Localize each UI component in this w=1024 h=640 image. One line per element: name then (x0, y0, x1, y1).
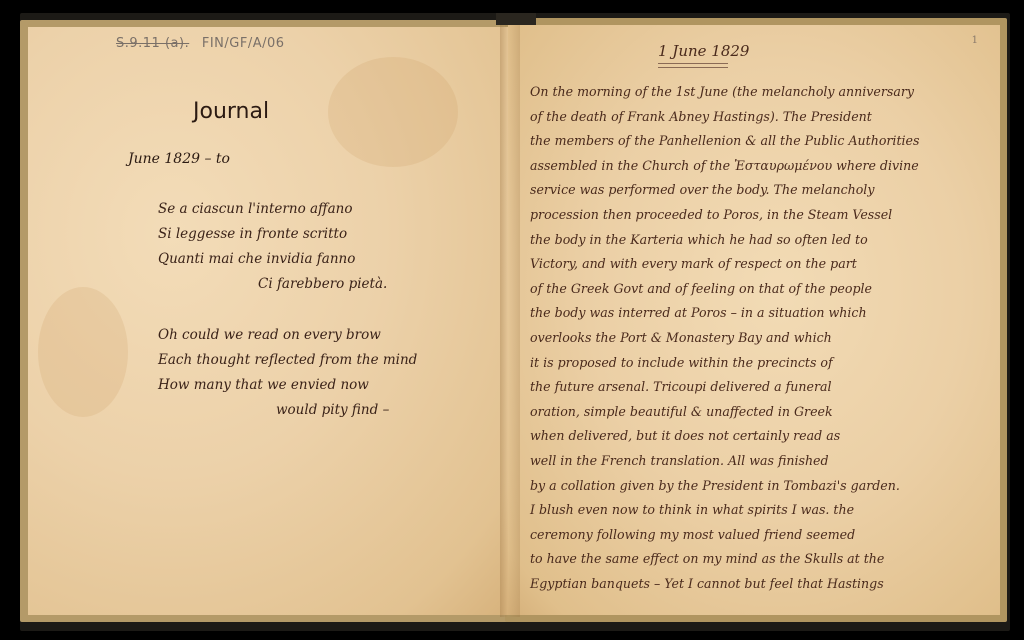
entry-line: of the death of Frank Abney Hastings). T… (530, 105, 990, 130)
folio-number: 1 (972, 35, 978, 46)
paper-stain (38, 287, 128, 417)
entry-line: to have the same effect on my mind as th… (530, 547, 990, 572)
english-verse: Oh could we read on every brow Each thou… (158, 323, 417, 423)
verse-line: Quanti mai che invidia fanno (158, 247, 387, 272)
entry-line: by a collation given by the President in… (530, 474, 990, 499)
verse-line: Ci farebbero pietà. (158, 272, 387, 297)
entry-line: Victory, and with every mark of respect … (530, 252, 990, 277)
entry-line: Egyptian banquets – Yet I cannot but fee… (530, 572, 990, 597)
verse-line: Oh could we read on every brow (158, 323, 417, 348)
entry-line: when delivered, but it does not certainl… (530, 424, 990, 449)
verse-line: would pity find – (158, 398, 417, 423)
verse-line: Each thought reflected from the mind (158, 348, 417, 373)
entry-line: service was performed over the body. The… (530, 178, 990, 203)
entry-line: it is proposed to include within the pre… (530, 351, 990, 376)
entry-line: the members of the Panhellenion & all th… (530, 129, 990, 154)
entry-line: of the Greek Govt and of feeling on that… (530, 277, 990, 302)
italian-verse: Se a ciascun l'interno affano Si leggess… (158, 197, 387, 297)
entry-date-heading: 1 June 1829 (658, 42, 749, 60)
paper-stain (328, 57, 458, 167)
page-gutter (500, 25, 520, 617)
spine (496, 13, 536, 25)
shelfmark-current: FIN/GF/A/06 (202, 36, 285, 51)
verse-line: Si leggesse in fronte scritto (158, 222, 387, 247)
right-page: 1 1 June 1829 On the morning of the 1st … (508, 25, 1000, 615)
verse-line: Se a ciascun l'interno affano (158, 197, 387, 222)
entry-line: the future arsenal. Tricoupi delivered a… (530, 375, 990, 400)
entry-line: oration, simple beautiful & unaffected i… (530, 400, 990, 425)
entry-line: On the morning of the 1st June (the mela… (530, 80, 990, 105)
entry-line: overlooks the Port & Monastery Bay and w… (530, 326, 990, 351)
shelfmark: S.9.11 (a). FIN/GF/A/06 (116, 36, 285, 51)
entry-line: the body in the Karteria which he had so… (530, 228, 990, 253)
journal-date-range: June 1829 – to (128, 151, 230, 167)
date-underline (658, 63, 728, 68)
verse-line: How many that we envied now (158, 373, 417, 398)
entry-line: the body was interred at Poros – in a si… (530, 301, 990, 326)
entry-line: I blush even now to think in what spirit… (530, 498, 990, 523)
shelfmark-struck: S.9.11 (a). (116, 36, 189, 51)
entry-line: ceremony following my most valued friend… (530, 523, 990, 548)
entry-line: procession then proceeded to Poros, in t… (530, 203, 990, 228)
left-page: S.9.11 (a). FIN/GF/A/06 Journal June 182… (28, 27, 508, 615)
journal-title: Journal (193, 99, 269, 124)
entry-line: well in the French translation. All was … (530, 449, 990, 474)
journal-entry-text: On the morning of the 1st June (the mela… (530, 80, 990, 596)
entry-line: assembled in the Church of the Ἐσταυρωμέ… (530, 154, 990, 179)
